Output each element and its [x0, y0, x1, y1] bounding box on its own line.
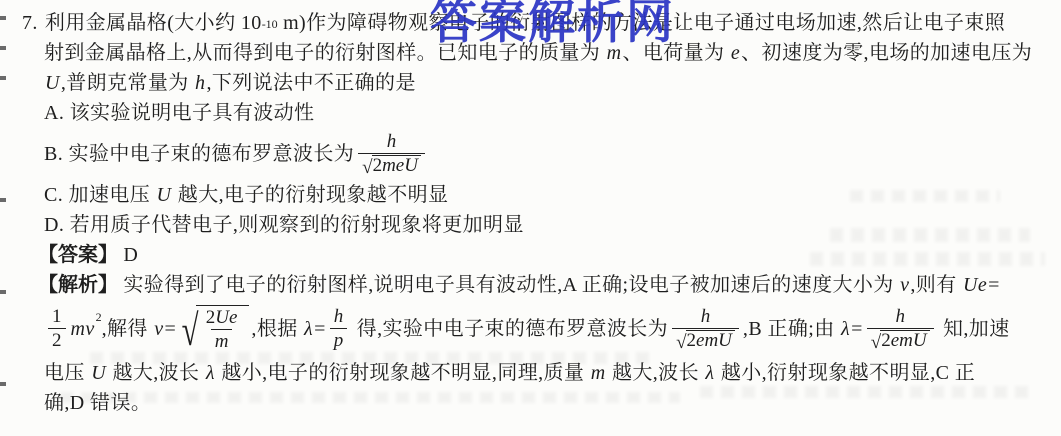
text-run: ,下列说法中不正确的是: [206, 69, 415, 97]
text-run: 2: [52, 330, 62, 351]
math-sqrt: √2meU: [362, 155, 421, 176]
math-variable: U: [44, 69, 61, 97]
fraction-numerator: h: [383, 131, 401, 153]
text-run: =: [165, 315, 177, 343]
fraction-numerator: 1: [48, 306, 66, 328]
scan-edge-mark: [0, 290, 6, 294]
math-variable: m: [215, 331, 229, 352]
math-variable: mv: [70, 315, 96, 343]
text-run: 1: [52, 306, 62, 327]
math-variable: h: [334, 306, 344, 327]
text-run: 越大,波长: [107, 359, 205, 387]
text-run: 越小,电子的衍射现象越不明显,同理,质量: [216, 359, 590, 387]
math-variable: m: [590, 359, 607, 387]
sqrt-radicand: 2meU: [372, 155, 421, 176]
option-a: A. 该实验说明电子具有波动性: [22, 98, 1049, 128]
watermark-text: 答案解析网: [430, 0, 675, 48]
math-variable: Ue: [215, 307, 237, 328]
fraction-numerator: h: [891, 306, 909, 328]
fraction-numerator: h: [697, 306, 715, 328]
text-run: D: [118, 241, 138, 269]
text-run: 越小,衍射现象越不明显,C 正: [715, 359, 975, 387]
scan-edge-mark: [0, 382, 6, 386]
math-variable: λ: [205, 359, 216, 387]
math-sqrt: √2Uem: [178, 305, 249, 353]
text-run: 、初速度为零,电场的加速电压为: [741, 39, 1032, 67]
math-variable: v: [899, 271, 910, 299]
text-run: 实验得到了电子的衍射图样,说明电子具有波动性,A 正确;设电子被加速后的速度大小…: [118, 271, 899, 299]
radical-icon: √: [871, 333, 881, 352]
math-variable: U: [90, 359, 107, 387]
math-variable: Ue: [962, 271, 988, 299]
math-sqrt: √2emU: [871, 330, 930, 351]
fraction-denominator: √2emU: [867, 328, 934, 353]
math-variable: λ: [303, 315, 314, 343]
math-variable: U: [156, 181, 173, 209]
fraction-denominator: m: [211, 329, 233, 353]
analysis-line-4: 确,D 错误。: [22, 388, 1049, 418]
option-d: D. 若用质子代替电子,则观察到的衍射现象将更加明显: [22, 210, 1049, 240]
text-run: ,根据: [251, 315, 303, 343]
text-run: =: [851, 315, 863, 343]
text-run: 2: [373, 155, 383, 176]
math-variable: h: [194, 69, 206, 97]
radical-icon: √: [676, 333, 686, 352]
math-fraction: 12: [48, 306, 66, 352]
text-run: ,则有: [910, 271, 962, 299]
question-number: 7.: [22, 9, 38, 37]
analysis-line-1: 【解析】 实验得到了电子的衍射图样,说明电子具有波动性,A 正确;设电子被加速后…: [22, 270, 1049, 300]
text-run: 越大,电子的衍射现象越不明显: [172, 181, 448, 209]
text-run: B. 实验中电子束的德布罗意波长为: [44, 140, 354, 168]
option-b: B. 实验中电子束的德布罗意波长为h√2meU: [22, 128, 1049, 180]
text-run: 知,加速: [938, 315, 1010, 343]
sqrt-radicand: 2emU: [686, 330, 735, 351]
text-run: =: [988, 271, 1000, 299]
document: 7.利用金属晶格(大小约 10-10 m)作为障碍物观察电子的衍射图样的方法是让…: [0, 0, 1061, 418]
text-run: 2: [206, 307, 216, 328]
math-variable: h: [895, 306, 905, 327]
math-variable: e: [730, 39, 741, 67]
fraction-numerator: h: [330, 306, 348, 328]
scan-edge-mark: [0, 46, 6, 50]
math-variable: v: [153, 315, 164, 343]
math-variable: h: [701, 306, 711, 327]
text-run: 电压: [44, 359, 90, 387]
text-run: D. 若用质子代替电子,则观察到的衍射现象将更加明显: [44, 211, 524, 239]
radical-icon: √: [362, 158, 372, 177]
section-label: 【答案】: [38, 241, 118, 269]
text-run: =: [314, 315, 326, 343]
text-run: 2: [687, 330, 697, 351]
analysis-line-2: 12mv2,解得 v=√2Uem,根据 λ=hp 得,实验中电子束的德布罗意波长…: [22, 300, 1049, 358]
scan-edge-mark: [0, 76, 6, 80]
math-sqrt: √2emU: [676, 330, 735, 351]
text-run: 确,D 错误。: [44, 389, 151, 417]
question-stem-line-3: U,普朗克常量为 h,下列说法中不正确的是: [22, 68, 1049, 98]
fraction-denominator: √2emU: [672, 328, 739, 353]
text-run: 利用金属晶格(大小约 10: [45, 9, 262, 37]
text-run: ,B 正确;由: [743, 315, 840, 343]
fraction-numerator: 2Ue: [202, 307, 242, 329]
math-fraction: h√2emU: [672, 306, 739, 353]
option-c: C. 加速电压 U 越大,电子的衍射现象越不明显: [22, 180, 1049, 210]
math-fraction: h√2emU: [867, 306, 934, 353]
math-fraction: 2Uem: [202, 307, 242, 353]
text-run: 越大,波长: [607, 359, 705, 387]
fraction-denominator: 2: [48, 328, 66, 352]
analysis-line-3: 电压 U 越大,波长 λ 越小,电子的衍射现象越不明显,同理,质量 m 越大,波…: [22, 358, 1049, 388]
radical-icon: √: [182, 309, 199, 353]
section-label: 【解析】: [38, 271, 118, 299]
scan-edge-mark: [0, 16, 6, 20]
math-variable: p: [334, 330, 344, 351]
math-fraction: hp: [330, 306, 348, 352]
fraction-denominator: p: [330, 328, 348, 352]
math-fraction: h√2meU: [358, 131, 425, 178]
superscript: -10: [262, 10, 278, 38]
text-run: C. 加速电压: [44, 181, 156, 209]
sqrt-radicand: 2Uem: [196, 305, 250, 353]
math-variable: emU: [891, 330, 927, 351]
text-run: 2: [881, 330, 891, 351]
math-variable: λ: [840, 315, 851, 343]
scan-edge-mark: [0, 198, 6, 202]
text-run: A. 该实验说明电子具有波动性: [44, 99, 314, 127]
text-run: ,解得: [102, 315, 154, 343]
math-variable: emU: [696, 330, 732, 351]
math-variable: meU: [382, 155, 418, 176]
sqrt-radicand: 2emU: [880, 330, 929, 351]
math-variable: h: [387, 131, 397, 152]
text-run: ,普朗克常量为: [61, 69, 194, 97]
fraction-denominator: √2meU: [358, 153, 425, 178]
text-run: 得,实验中电子束的德布罗意波长为: [351, 315, 668, 343]
math-variable: λ: [704, 359, 715, 387]
answer-line: 【答案】 D: [22, 240, 1049, 270]
